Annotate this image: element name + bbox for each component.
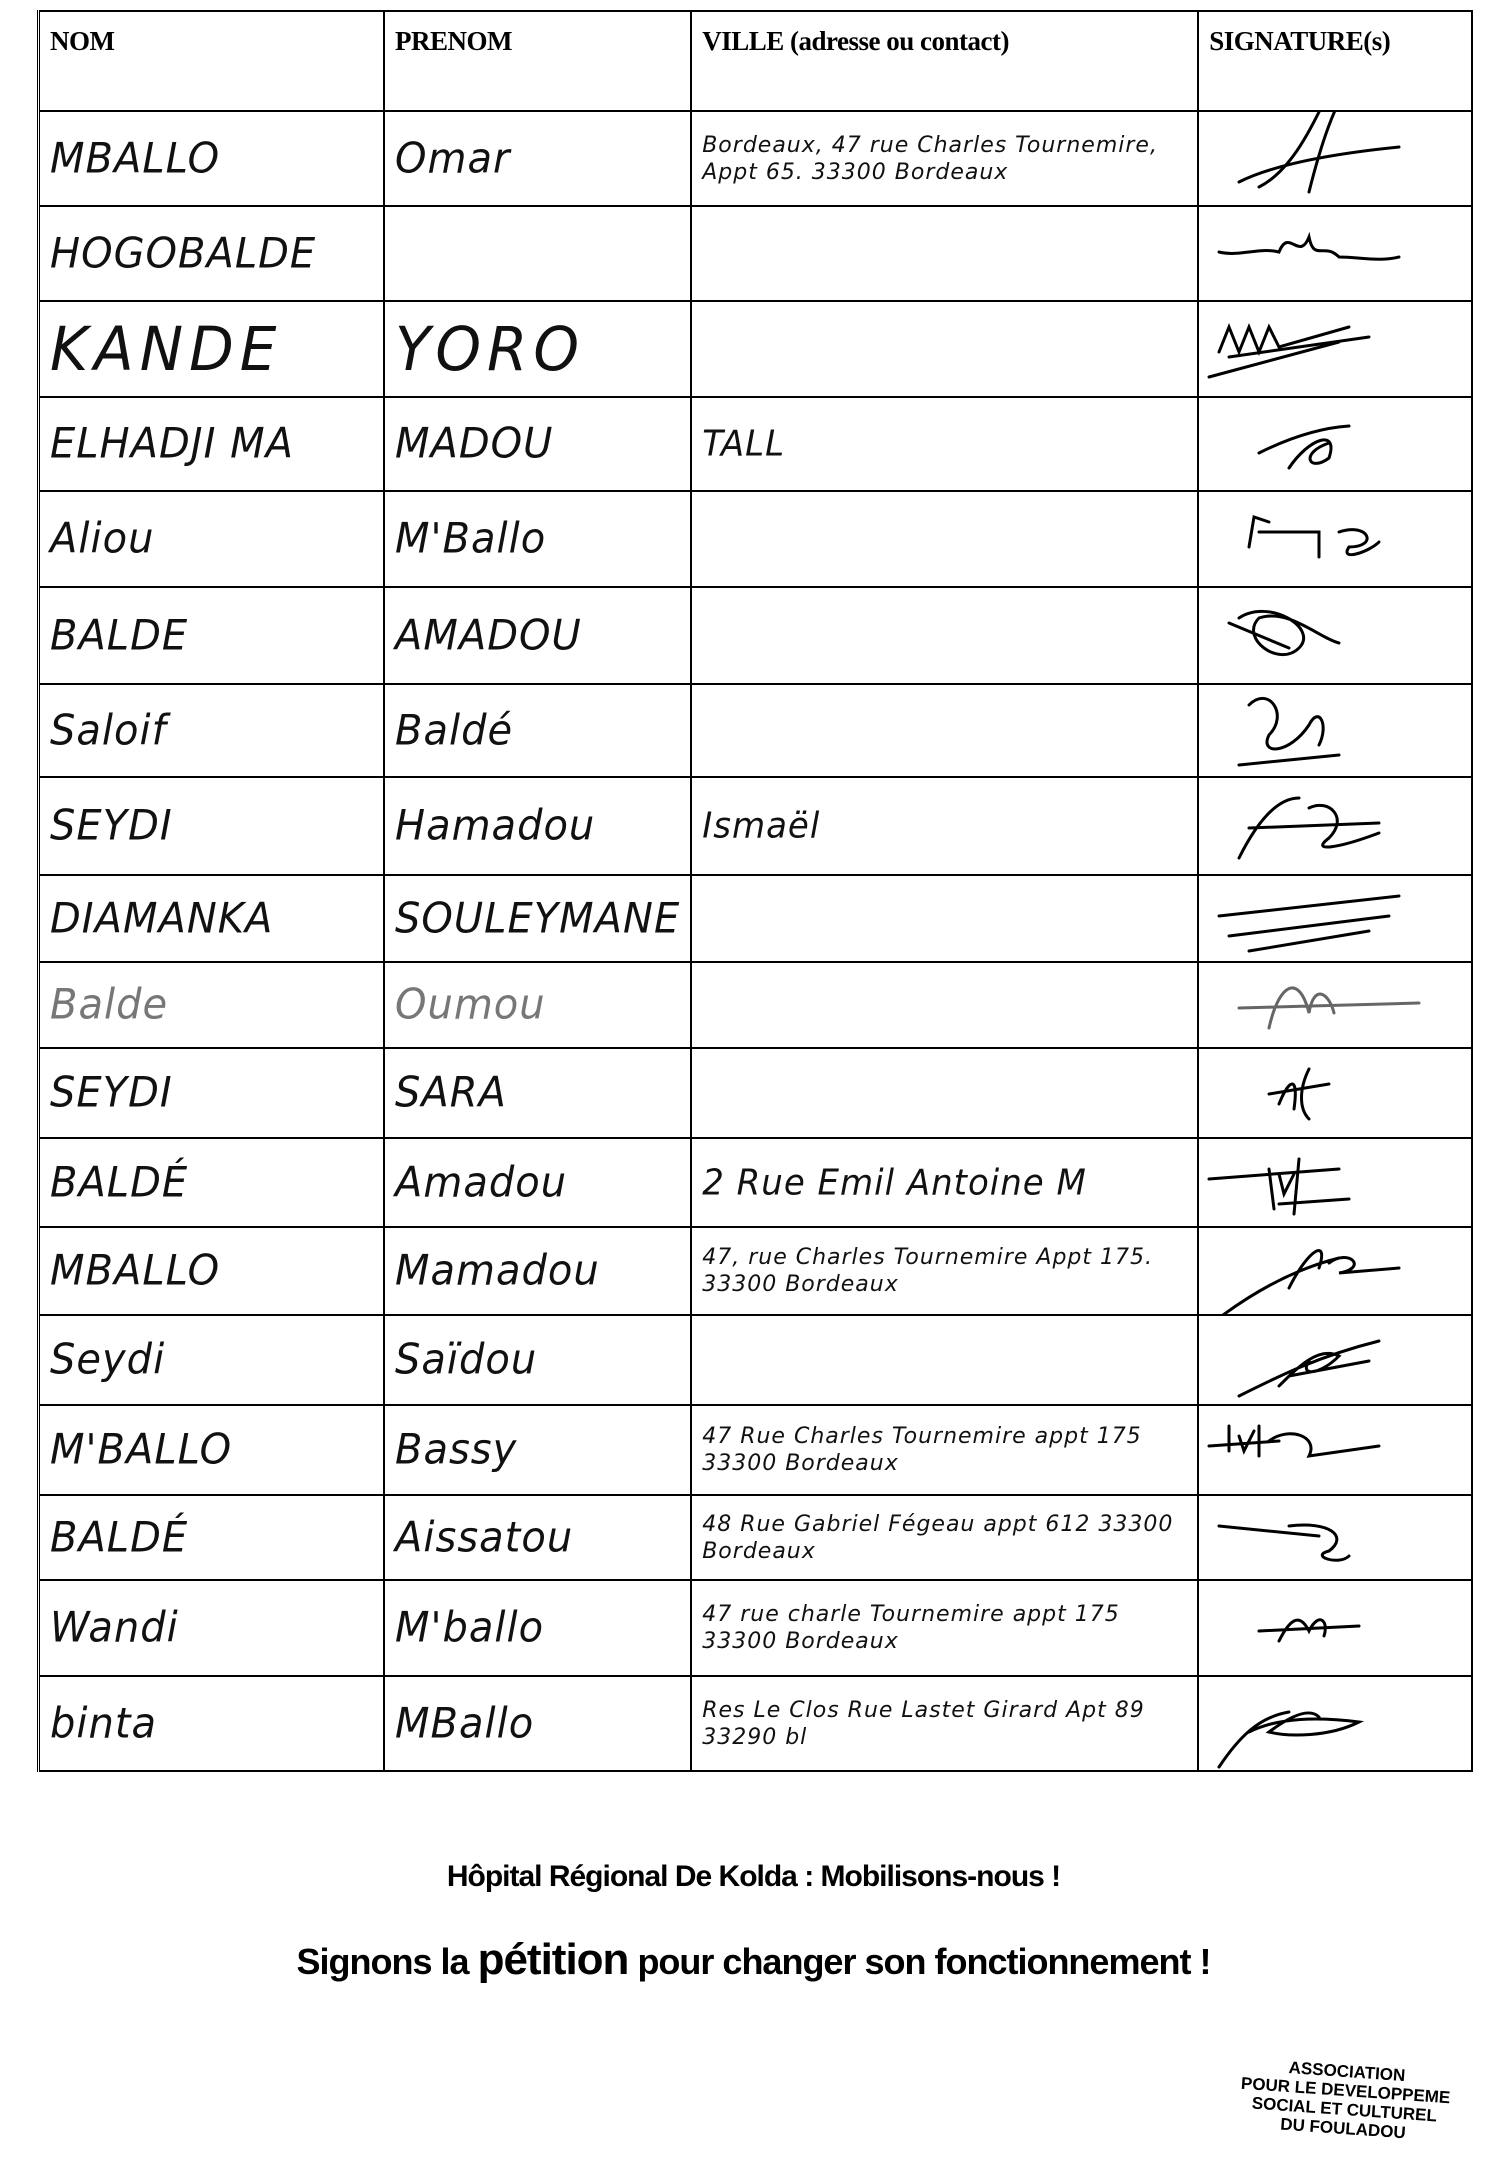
cell-signature <box>1198 777 1472 875</box>
cell-prenom: SOULEYMANE <box>384 875 691 962</box>
table-row: AliouM'Ballo <box>39 491 1473 587</box>
call-pre: Signons la <box>297 1941 478 1982</box>
cell-nom: MBALLO <box>39 1227 385 1315</box>
cell-ville <box>691 875 1198 962</box>
cell-ville <box>691 301 1198 397</box>
table-row: M'BALLOBassy47 Rue Charles Tournemire ap… <box>39 1405 1473 1495</box>
cell-signature <box>1198 1676 1472 1771</box>
cell-signature <box>1198 1580 1472 1676</box>
table-row: KANDEYORO <box>39 301 1473 397</box>
header-prenom: PRENOM <box>384 11 691 111</box>
cell-nom: BALDE <box>39 587 385 684</box>
table-header-row: NOM PRENOM VILLE (adresse ou contact) SI… <box>39 11 1473 111</box>
cell-nom: SEYDI <box>39 1048 385 1138</box>
cell-ville-text: Ismaël <box>702 805 820 847</box>
cell-signature <box>1198 875 1472 962</box>
handwritten-signature-icon <box>1199 588 1451 684</box>
handwritten-signature-icon <box>1199 207 1451 301</box>
cell-nom-text: MBALLO <box>50 1247 220 1295</box>
cell-nom-text: DIAMANKA <box>50 894 273 942</box>
cell-signature <box>1198 206 1472 301</box>
cell-nom-text: Saloif <box>50 706 167 754</box>
cell-nom-text: binta <box>50 1699 157 1747</box>
handwritten-signature-icon <box>1199 1406 1451 1495</box>
table-body: MBALLOOmarBordeaux, 47 rue Charles Tourn… <box>39 111 1473 1771</box>
cell-nom: Seydi <box>39 1315 385 1405</box>
cell-ville: 47 Rue Charles Tournemire appt 175 33300… <box>691 1405 1198 1495</box>
cell-prenom-text: AMADOU <box>395 611 582 659</box>
table-row: BaldeOumou <box>39 962 1473 1048</box>
cell-ville <box>691 1048 1198 1138</box>
cell-prenom: Bassy <box>384 1405 691 1495</box>
handwritten-signature-icon <box>1199 685 1451 777</box>
cell-nom-text: HOGOBALDE <box>50 229 316 277</box>
cell-ville <box>691 962 1198 1048</box>
cell-nom: KANDE <box>39 301 385 397</box>
cell-nom-text: Wandi <box>50 1604 179 1652</box>
cell-prenom: MBallo <box>384 1676 691 1771</box>
cell-prenom-text: M'ballo <box>395 1604 544 1652</box>
cell-ville <box>691 1315 1198 1405</box>
cell-nom: ELHADJI MA <box>39 397 385 491</box>
footer-call-to-action: Signons la pétition pour changer son fon… <box>0 1935 1507 1985</box>
cell-signature <box>1198 962 1472 1048</box>
cell-ville-text: 48 Rue Gabriel Fégeau appt 612 33300 Bor… <box>702 1511 1187 1565</box>
cell-nom: binta <box>39 1676 385 1771</box>
cell-prenom: Amadou <box>384 1138 691 1227</box>
cell-nom-text: BALDÉ <box>50 1158 188 1206</box>
handwritten-signature-icon <box>1199 1677 1451 1771</box>
handwritten-signature-icon <box>1199 778 1451 875</box>
handwritten-signature-icon <box>1199 302 1451 397</box>
association-stamp: ASSOCIATION POUR LE DEVELOPPEME SOCIAL E… <box>1198 2052 1493 2148</box>
handwritten-signature-icon <box>1199 963 1451 1048</box>
cell-nom: Saloif <box>39 684 385 777</box>
handwritten-signature-icon <box>1199 398 1451 491</box>
cell-signature <box>1198 491 1472 587</box>
cell-ville: 47 rue charle Tournemire appt 175 33300 … <box>691 1580 1198 1676</box>
table-row: BALDÉAissatou48 Rue Gabriel Fégeau appt … <box>39 1495 1473 1580</box>
cell-prenom: Saïdou <box>384 1315 691 1405</box>
header-nom: NOM <box>39 11 385 111</box>
cell-nom-text: MBALLO <box>50 134 220 182</box>
cell-nom: BALDÉ <box>39 1495 385 1580</box>
cell-prenom-text: Oumou <box>395 981 546 1029</box>
cell-prenom-text: Bassy <box>395 1426 517 1474</box>
table-row: SEYDISARA <box>39 1048 1473 1138</box>
call-post: pour changer son fonctionnement ! <box>628 1941 1210 1982</box>
handwritten-signature-icon <box>1199 876 1451 962</box>
cell-prenom-text: MADOU <box>395 420 553 468</box>
table-row: DIAMANKASOULEYMANE <box>39 875 1473 962</box>
cell-prenom: MADOU <box>384 397 691 491</box>
footer-headline: Hôpital Régional De Kolda : Mobilisons-n… <box>0 1860 1507 1894</box>
table-row: MBALLOMamadou47, rue Charles Tournemire … <box>39 1227 1473 1315</box>
handwritten-signature-icon <box>1199 1228 1451 1315</box>
table-row: SEYDIHamadouIsmaël <box>39 777 1473 875</box>
cell-prenom: Aissatou <box>384 1495 691 1580</box>
cell-signature <box>1198 1138 1472 1227</box>
cell-prenom-text: SOULEYMANE <box>395 894 680 942</box>
cell-prenom: Baldé <box>384 684 691 777</box>
cell-ville: Bordeaux, 47 rue Charles Tournemire, App… <box>691 111 1198 206</box>
cell-signature <box>1198 1495 1472 1580</box>
cell-prenom: Omar <box>384 111 691 206</box>
cell-ville <box>691 491 1198 587</box>
table-row: MBALLOOmarBordeaux, 47 rue Charles Tourn… <box>39 111 1473 206</box>
cell-signature <box>1198 587 1472 684</box>
cell-signature <box>1198 1048 1472 1138</box>
cell-prenom: YORO <box>384 301 691 397</box>
cell-nom: M'BALLO <box>39 1405 385 1495</box>
cell-prenom: Mamadou <box>384 1227 691 1315</box>
cell-ville-text: 47 rue charle Tournemire appt 175 33300 … <box>702 1601 1187 1655</box>
cell-ville <box>691 684 1198 777</box>
cell-prenom: SARA <box>384 1048 691 1138</box>
cell-prenom: M'Ballo <box>384 491 691 587</box>
header-ville: VILLE (adresse ou contact) <box>691 11 1198 111</box>
cell-nom: HOGOBALDE <box>39 206 385 301</box>
cell-ville: 48 Rue Gabriel Fégeau appt 612 33300 Bor… <box>691 1495 1198 1580</box>
cell-ville-text: 47 Rue Charles Tournemire appt 175 33300… <box>702 1423 1187 1477</box>
cell-signature <box>1198 111 1472 206</box>
table-row: WandiM'ballo47 rue charle Tournemire app… <box>39 1580 1473 1676</box>
cell-prenom-text: Aissatou <box>395 1513 573 1561</box>
cell-prenom-text: Saïdou <box>395 1336 537 1384</box>
table-row: SeydiSaïdou <box>39 1315 1473 1405</box>
cell-ville: 2 Rue Emil Antoine M <box>691 1138 1198 1227</box>
cell-signature <box>1198 301 1472 397</box>
cell-prenom-text: MBallo <box>395 1699 534 1747</box>
cell-signature <box>1198 684 1472 777</box>
cell-prenom-text: SARA <box>395 1069 507 1117</box>
cell-nom-text: M'BALLO <box>50 1426 232 1474</box>
cell-nom: BALDÉ <box>39 1138 385 1227</box>
cell-prenom: M'ballo <box>384 1580 691 1676</box>
table-row: BALDEAMADOU <box>39 587 1473 684</box>
cell-nom: Wandi <box>39 1580 385 1676</box>
cell-nom: SEYDI <box>39 777 385 875</box>
cell-prenom-text: Mamadou <box>395 1247 600 1295</box>
handwritten-signature-icon <box>1199 1049 1451 1138</box>
cell-nom: Aliou <box>39 491 385 587</box>
cell-ville <box>691 587 1198 684</box>
cell-prenom <box>384 206 691 301</box>
table-row: ELHADJI MAMADOUTALL <box>39 397 1473 491</box>
petition-signature-table: NOM PRENOM VILLE (adresse ou contact) SI… <box>37 10 1473 1772</box>
cell-ville <box>691 206 1198 301</box>
handwritten-signature-icon <box>1199 1581 1451 1676</box>
cell-nom: Balde <box>39 962 385 1048</box>
handwritten-signature-icon <box>1199 1496 1451 1580</box>
cell-nom-text: Seydi <box>50 1336 165 1384</box>
cell-ville: TALL <box>691 397 1198 491</box>
cell-prenom: Hamadou <box>384 777 691 875</box>
handwritten-signature-icon <box>1199 492 1451 587</box>
cell-ville-text: 2 Rue Emil Antoine M <box>702 1162 1087 1204</box>
cell-nom-text: BALDE <box>50 611 188 659</box>
cell-prenom: Oumou <box>384 962 691 1048</box>
cell-ville-text: TALL <box>702 423 785 465</box>
cell-nom-text: SEYDI <box>50 802 173 850</box>
cell-nom-text: Aliou <box>50 515 154 563</box>
cell-prenom-text: Hamadou <box>395 802 595 850</box>
cell-prenom-text: Omar <box>395 134 510 182</box>
handwritten-signature-icon <box>1199 1139 1451 1227</box>
cell-signature <box>1198 397 1472 491</box>
table-row: BALDÉAmadou2 Rue Emil Antoine M <box>39 1138 1473 1227</box>
cell-prenom-text: M'Ballo <box>395 515 546 563</box>
call-emphasis: pétition <box>478 1935 629 1984</box>
cell-prenom-text: YORO <box>395 313 585 384</box>
cell-nom-text: KANDE <box>50 313 282 384</box>
cell-nom: DIAMANKA <box>39 875 385 962</box>
cell-signature <box>1198 1405 1472 1495</box>
handwritten-signature-icon <box>1199 112 1451 206</box>
table-row: SaloifBaldé <box>39 684 1473 777</box>
cell-nom: MBALLO <box>39 111 385 206</box>
cell-nom-text: BALDÉ <box>50 1513 188 1561</box>
cell-prenom-text: Baldé <box>395 706 513 754</box>
cell-ville-text: Res Le Clos Rue Lastet Girard Apt 89 332… <box>702 1697 1187 1751</box>
table-row: HOGOBALDE <box>39 206 1473 301</box>
cell-nom-text: SEYDI <box>50 1069 173 1117</box>
cell-signature <box>1198 1227 1472 1315</box>
cell-ville: Res Le Clos Rue Lastet Girard Apt 89 332… <box>691 1676 1198 1771</box>
cell-ville: 47, rue Charles Tournemire Appt 175. 333… <box>691 1227 1198 1315</box>
cell-ville: Ismaël <box>691 777 1198 875</box>
cell-nom-text: ELHADJI MA <box>50 420 294 468</box>
cell-prenom-text: Amadou <box>395 1158 567 1206</box>
cell-signature <box>1198 1315 1472 1405</box>
cell-prenom: AMADOU <box>384 587 691 684</box>
cell-ville-text: 47, rue Charles Tournemire Appt 175. 333… <box>702 1244 1187 1298</box>
table-row: bintaMBalloRes Le Clos Rue Lastet Girard… <box>39 1676 1473 1771</box>
header-signature: SIGNATURE(s) <box>1198 11 1472 111</box>
handwritten-signature-icon <box>1199 1316 1451 1405</box>
cell-ville-text: Bordeaux, 47 rue Charles Tournemire, App… <box>702 132 1187 186</box>
cell-nom-text: Balde <box>50 981 168 1029</box>
